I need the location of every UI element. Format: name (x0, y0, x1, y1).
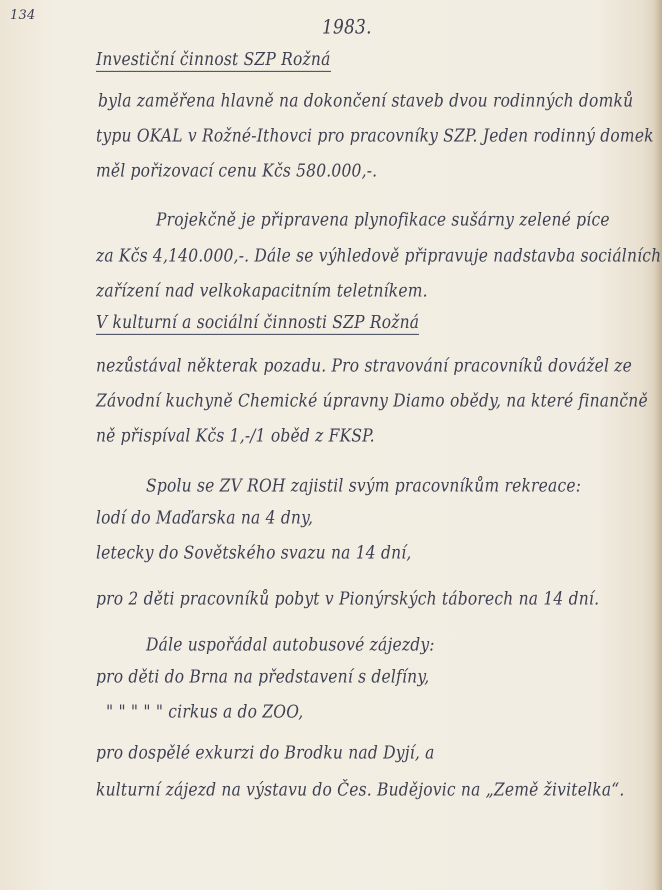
text-line: pro děti do Brna na představení s delfín… (96, 666, 429, 687)
chronicle-page: 134 1983. Investiční činnost SZP Rožná b… (0, 0, 662, 890)
text-line: Projekčně je připravena plynofikace sušá… (156, 209, 610, 230)
text-line: za Kčs 4,140.000,-. Dále se výhledově př… (96, 245, 661, 266)
text-line: lodí do Maďarska na 4 dny, (96, 507, 313, 528)
text-line: pro 2 děti pracovníků pobyt v Pionýrskýc… (96, 588, 599, 609)
text-line: nezůstával některak pozadu. Pro stravová… (96, 355, 632, 376)
text-line: pro dospělé exkurzi do Brodku nad Dyjí, … (96, 742, 435, 763)
text-line: ně přispíval Kčs 1,-/1 oběd z FKSP. (96, 425, 375, 446)
text-line: Závodní kuchyně Chemické úpravny Diamo o… (96, 390, 648, 411)
text-line: typu OKAL v Rožné-Ithovci pro pracovníky… (96, 125, 654, 146)
section-heading-culture: V kulturní a sociální činnosti SZP Rožná (96, 312, 419, 335)
text-line: měl pořizovací cenu Kčs 580.000,-. (96, 160, 377, 181)
section-heading-investment: Investiční činnost SZP Rožná (96, 49, 331, 72)
page-edge-shadow (654, 0, 662, 890)
year-heading: 1983. (322, 16, 372, 39)
text-line: letecky do Sovětského svazu na 14 dní, (96, 542, 412, 563)
text-line: Spolu se ZV ROH zajistil svým pracovníků… (146, 475, 581, 496)
text-line: Dále uspořádal autobusové zájezdy: (146, 634, 435, 655)
text-line: " " " " " cirkus a do ZOO, (106, 701, 303, 722)
text-line: byla zaměřena hlavně na dokončení staveb… (98, 90, 633, 111)
page-number: 134 (10, 8, 35, 23)
text-line: kulturní zájezd na výstavu do Čes. Buděj… (96, 779, 625, 800)
text-line: zařízení nad velkokapacitním teletníkem. (96, 280, 428, 301)
